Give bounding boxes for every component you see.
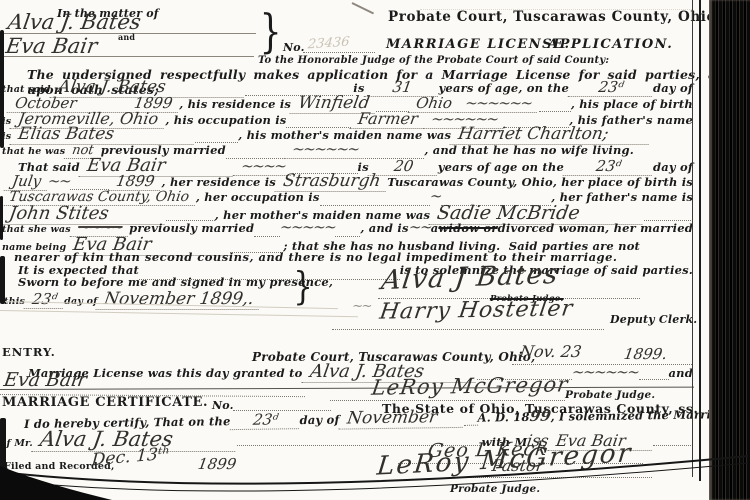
party2-name-handwritten: Eva Bair	[4, 36, 98, 57]
printed-text: , and that he has no wife living.	[424, 143, 634, 157]
scan-left-edge-mark	[0, 196, 3, 240]
scan-left-edge-mark	[0, 30, 4, 148]
printed-text: A. D. 18	[477, 410, 529, 425]
sworn-statement: Sworn to before me and signed in my pres…	[18, 275, 333, 289]
and-label: and	[118, 32, 135, 42]
signature-rule	[332, 329, 604, 330]
printed-text: that he was	[2, 146, 65, 157]
scan-faint-top-line	[420, 9, 692, 10]
sworn-brace: }	[293, 264, 312, 308]
no-label: No.	[283, 41, 305, 54]
printed-text: years of age on the	[438, 160, 564, 174]
certificate-no-label: No.	[212, 399, 234, 412]
dotted-blank	[639, 365, 669, 380]
printed-text: previously married	[129, 221, 254, 235]
app-line-7: July ~~ 1899 , her residence is Strasbur…	[5, 173, 693, 190]
ditto-squiggle: ~~~~~~	[571, 365, 640, 380]
dotted-blank	[254, 222, 279, 237]
scan-ledger-line	[0, 310, 358, 317]
book-binding-shadow	[709, 0, 750, 500]
doc-title-right: APPLICATION.	[548, 37, 673, 52]
dotted-blank	[195, 128, 238, 143]
blank-space	[650, 129, 693, 143]
scan-left-edge-mark	[0, 256, 5, 304]
matter-brace: }	[260, 4, 282, 58]
certificate-heading: MARRIAGE CERTIFICATE.	[2, 395, 208, 410]
addressee-line: To the Honorable Judge of the Probate Co…	[258, 55, 609, 66]
scanned-marriage-license-document: In the matter of Alva J. Bates and Eva B…	[0, 0, 750, 500]
ditto-squiggle: ~~	[47, 174, 72, 189]
deputy-clerk-label: Deputy Clerk.	[610, 313, 697, 326]
printed-text: , I solemnized the Marriage	[550, 407, 734, 424]
stray-pen-squiggle: ~~	[351, 300, 372, 313]
dotted-blank	[644, 206, 693, 221]
scan-right-rule-thin	[692, 0, 693, 477]
dotted-blank	[70, 175, 109, 190]
printed-text: , his place of birth	[571, 97, 693, 111]
ditto-squiggle: ~~~~~	[278, 220, 336, 235]
printed-text: , and is	[360, 221, 408, 235]
court-title: Probate Court, Tuscarawas County, Ohio.	[388, 9, 721, 25]
printed-text: a	[431, 221, 439, 235]
certificate-month: November	[338, 409, 465, 430]
printed-text: day of	[653, 81, 693, 95]
sworn-month-year: November 1899,.	[96, 291, 262, 310]
printed-text: , his residence is	[179, 97, 291, 111]
applicant-signature: Alva J Bates	[380, 261, 560, 294]
sworn-day: 23ᵈ	[24, 292, 66, 309]
dotted-blank	[463, 411, 477, 426]
printed-text: , her residence is	[162, 175, 276, 189]
probate-judge-label: Probate Judge.	[565, 389, 655, 401]
stray-pen-stroke	[352, 2, 374, 14]
printed-text: day of	[653, 160, 693, 174]
scan-right-rule-thick	[699, 0, 701, 481]
printed-text: years of age, on the	[439, 81, 569, 95]
entry-grant-line: Marriage License was this day granted to…	[28, 363, 693, 380]
crossed-out-printed-text: widow or	[438, 221, 497, 235]
entry-date-handwritten: Nov. 23	[519, 344, 583, 360]
printed-text: day of	[299, 413, 339, 428]
printed-text: that she was	[2, 224, 71, 235]
printed-text: divorced woman, her married	[498, 221, 693, 235]
license-number-pencil: 23436	[307, 36, 350, 52]
entry-bride-name: Eva Bair	[2, 371, 87, 390]
printed-text: , his occupation is	[165, 113, 286, 127]
entry-year-handwritten: 1899.	[623, 347, 668, 362]
certificate-year-handwritten: 99	[529, 409, 552, 424]
party2-rule	[2, 56, 254, 57]
dotted-blank	[539, 97, 571, 112]
party1-name-handwritten: Alva J. Bates	[6, 12, 142, 33]
printed-text: , her occupation is	[196, 190, 320, 204]
dotted-blank	[335, 222, 360, 237]
printed-text: and	[669, 366, 693, 380]
entry-heading: ENTRY.	[2, 345, 56, 359]
doc-title-left: MARRIAGE LICENSE.	[386, 37, 570, 52]
ditto-squiggle: ~~	[407, 220, 432, 235]
dotted-blank	[166, 206, 215, 221]
certificate-day: 23ᵈ	[229, 412, 300, 430]
page-bottom-curl	[0, 430, 750, 500]
deputy-clerk-signature: Harry Hostetler	[378, 298, 574, 323]
no-blank	[303, 52, 375, 53]
